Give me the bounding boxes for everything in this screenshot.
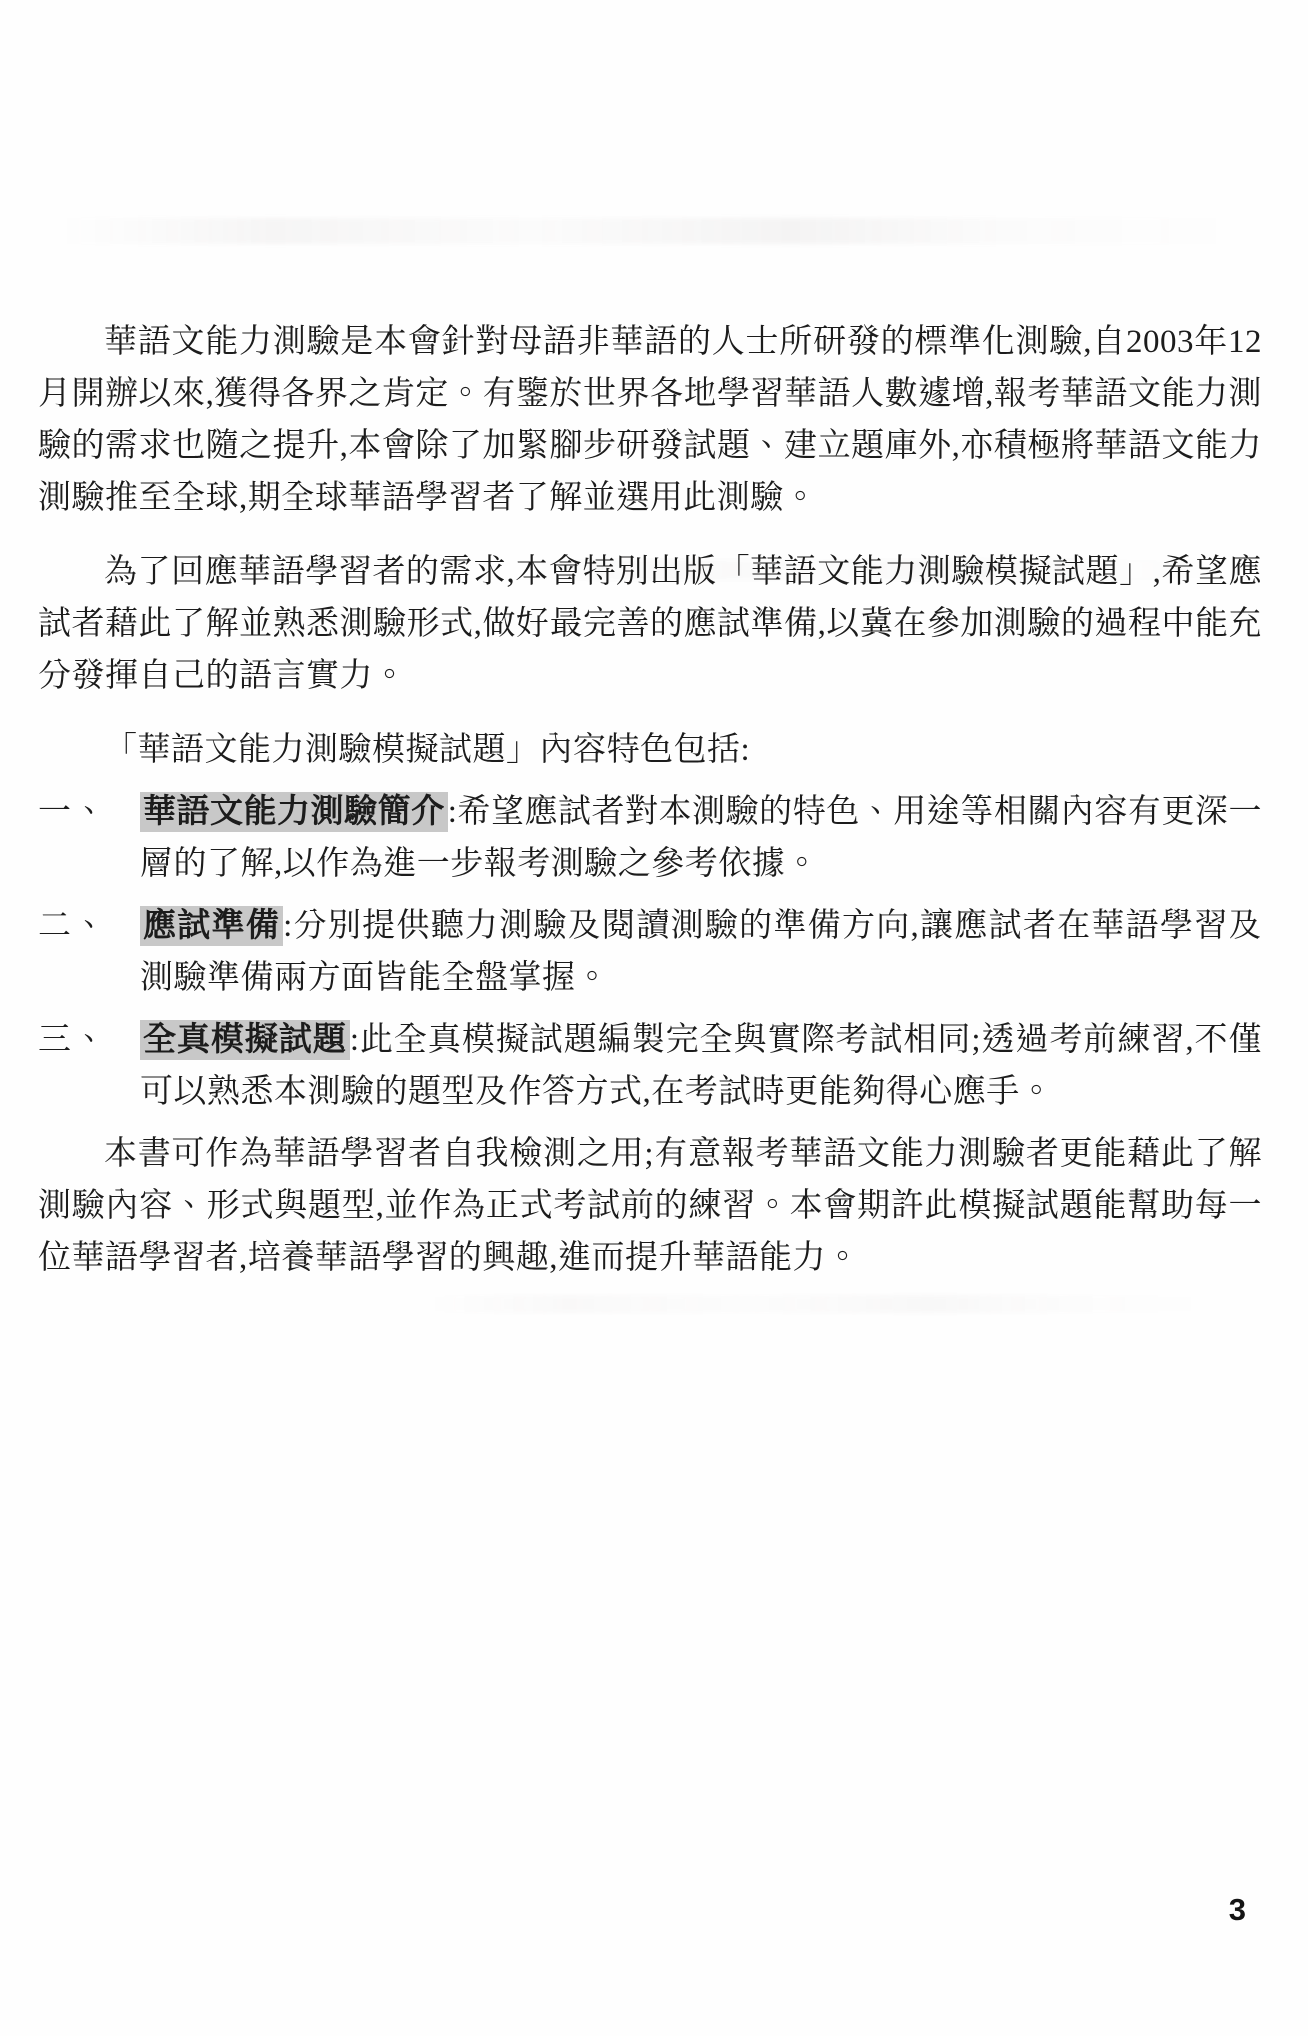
feature-item-2: 二、 應試準備:分別提供聽力測驗及閱讀測驗的準備方向,讓應試者在華語學習及測驗準… xyxy=(38,900,1262,1004)
page-number: 3 xyxy=(1229,1892,1246,1928)
features-heading: 「華語文能力測驗模擬試題」內容特色包括: xyxy=(38,724,1262,776)
purpose-paragraph: 為了回應華語學習者的需求,本會特別出版「華語文能力測驗模擬試題」,希望應試者藉此… xyxy=(38,546,1262,702)
feature-body-2: 應試準備:分別提供聽力測驗及閱讀測驗的準備方向,讓應試者在華語學習及測驗準備兩方… xyxy=(140,906,1262,996)
feature-item-3: 三、 全真模擬試題:此全真模擬試題編製完全與實際考試相同;透過考前練習,不僅可以… xyxy=(38,1014,1262,1118)
scan-bleed-artifact xyxy=(60,218,1240,244)
feature-term-highlight-2: 應試準備 xyxy=(140,906,283,946)
feature-marker-1: 一、 xyxy=(38,786,140,838)
feature-separator-1: : xyxy=(448,794,458,830)
feature-item-1: 一、 華語文能力測驗簡介:希望應試者對本測驗的特色、用途等相關內容有更深一層的了… xyxy=(38,786,1262,890)
feature-marker-3: 三、 xyxy=(38,1014,140,1066)
feature-term-highlight-3: 全真模擬試題 xyxy=(140,1020,350,1060)
feature-term-highlight-1: 華語文能力測驗簡介 xyxy=(140,792,448,832)
feature-description-2: 分別提供聽力測驗及閱讀測驗的準備方向,讓應試者在華語學習及測驗準備兩方面皆能全盤… xyxy=(140,908,1262,996)
document-content: 華語文能力測驗是本會針對母語非華語的人士所研發的標準化測驗,自2003年12月開… xyxy=(38,316,1262,1306)
feature-body-1: 華語文能力測驗簡介:希望應試者對本測驗的特色、用途等相關內容有更深一層的了解,以… xyxy=(140,792,1262,882)
intro-paragraph: 華語文能力測驗是本會針對母語非華語的人士所研發的標準化測驗,自2003年12月開… xyxy=(38,316,1262,524)
feature-body-3: 全真模擬試題:此全真模擬試題編製完全與實際考試相同;透過考前練習,不僅可以熟悉本… xyxy=(140,1020,1262,1110)
feature-separator-2: : xyxy=(283,908,293,944)
closing-paragraph: 本書可作為華語學習者自我檢測之用;有意報考華語文能力測驗者更能藉此了解測驗內容、… xyxy=(38,1128,1262,1284)
scanned-document-page: 華語文能力測驗是本會針對母語非華語的人士所研發的標準化測驗,自2003年12月開… xyxy=(0,0,1308,2036)
feature-marker-2: 二、 xyxy=(38,900,140,952)
